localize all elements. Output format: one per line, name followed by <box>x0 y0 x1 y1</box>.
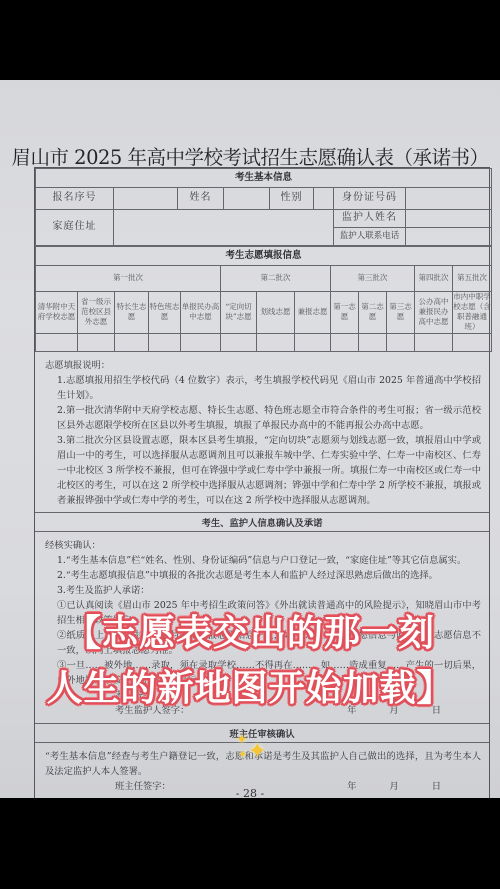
instruction-item: 3.第二批次分区县设置志愿，限本区县考生填报，“定向切块”志愿须与划线志愿一致，… <box>45 433 481 508</box>
pref-cell[interactable] <box>415 333 453 351</box>
pref-cell[interactable] <box>257 333 295 351</box>
id-number-field[interactable] <box>406 188 492 210</box>
col-third-2: 第二志愿 <box>359 292 387 334</box>
home-address-field[interactable] <box>114 210 334 246</box>
col-cutoff: 划线志愿 <box>257 292 295 334</box>
col-special-class: 特色班志愿 <box>149 292 181 334</box>
batch-3-label: 第三批次 <box>331 266 415 292</box>
commitment-item: 2.“考生志愿填报信息”中填报的各批次志愿是考生本人和监护人经过深思熟虑后做出的… <box>45 568 481 583</box>
batch-1-label: 第一批次 <box>36 266 221 292</box>
pref-cell[interactable] <box>78 333 115 351</box>
col-vocational: 市内中职学校志愿（含职普融通班） <box>453 292 492 334</box>
pref-cell[interactable] <box>149 333 181 351</box>
name-label: 姓名 <box>178 188 224 210</box>
sparkle-icon: ✦ <box>238 748 247 761</box>
page-title: 眉山市 2025 年高中学校考试招生志愿确认表（承诺书） <box>0 142 500 170</box>
sparkle-icon: ✦ <box>236 732 248 748</box>
pref-cell[interactable] <box>387 333 415 351</box>
batch-5-label: 第五批次 <box>453 266 492 292</box>
name-field[interactable] <box>224 188 270 210</box>
preferences-header: 考生志愿填报信息 <box>36 247 492 266</box>
col-private-only: 单报民办高中志愿 <box>181 292 221 334</box>
commitment-item: 1.“考生基本信息”栏“姓名、性别、身份证编码”信息与户口登记一致，“家庭住址”… <box>45 553 481 568</box>
overlay-caption-line1: 【志愿表交出的那一刻 <box>0 605 500 656</box>
col-qinghua: 清华附中天府学校志愿 <box>36 292 78 334</box>
col-provincial: 省一级示范校区县外志愿 <box>78 292 115 334</box>
col-third-3: 第三志愿 <box>387 292 415 334</box>
preferences-table: 考生志愿填报信息 第一批次 第二批次 第三批次 第四批次 第五批次 清华附中天府… <box>35 246 492 352</box>
pref-cell[interactable] <box>331 333 359 351</box>
col-third-1: 第一志愿 <box>331 292 359 334</box>
basic-info-table: 考生基本信息 报名序号 姓名 性别 身份证号码 家庭住址 监护人姓名 监护人联系… <box>35 168 492 246</box>
guardian-phone-label: 监护人联系电话 <box>334 228 406 246</box>
guardian-phone-field[interactable] <box>406 228 492 246</box>
document-photo: 眉山市 2025 年高中学校考试招生志愿确认表（承诺书） 考生基本信息 报名序号… <box>0 80 500 798</box>
pref-cell[interactable] <box>453 333 492 351</box>
commitment-header: 考生、监护人信息确认及承诺 <box>35 512 489 531</box>
instruction-item: 2.第一批次清华附中天府学校志愿、特长生志愿、特色班志愿全市符合条件的考生可报；… <box>45 403 481 433</box>
sparkle-icon: ✦ <box>248 739 266 764</box>
instructions-block: 志愿填报说明： 1.志愿填报用招生学校代码（4 位数字）表示，考生填报学校代码见… <box>35 352 489 512</box>
basic-info-header: 考生基本信息 <box>36 169 492 188</box>
col-directed: “定向切块”志愿 <box>221 292 257 334</box>
pref-cell[interactable] <box>36 333 78 351</box>
gender-field[interactable] <box>314 188 334 210</box>
home-address-label: 家庭住址 <box>36 210 114 246</box>
guardian-name-label: 监护人姓名 <box>334 210 406 228</box>
col-special-talent: 特长生志愿 <box>115 292 149 334</box>
page-number: - 28 - <box>0 787 500 798</box>
col-public-private: 公办高中兼报民办高中志愿 <box>415 292 453 334</box>
pref-cell[interactable] <box>359 333 387 351</box>
id-number-label: 身份证号码 <box>334 188 406 210</box>
batch-4-label: 第四批次 <box>415 266 453 292</box>
commitment-item: 3.考生及监护人承诺： <box>45 583 481 598</box>
pref-cell[interactable] <box>221 333 257 351</box>
instructions-heading: 志愿填报说明： <box>45 358 481 373</box>
registration-no-field[interactable] <box>114 188 178 210</box>
pref-cell[interactable] <box>115 333 149 351</box>
instruction-item: 1.志愿填报用招生学校代码（4 位数字）表示，考生填报学校代码见《眉山市 202… <box>45 373 481 403</box>
registration-no-label: 报名序号 <box>36 188 114 210</box>
batch-2-label: 第二批次 <box>221 266 331 292</box>
pref-cell[interactable] <box>295 333 331 351</box>
pref-cell[interactable] <box>181 333 221 351</box>
guardian-name-field[interactable] <box>406 210 492 228</box>
commitment-heading: 经核实确认： <box>45 538 481 553</box>
overlay-caption-line2: 人生的新地图开始加载】 <box>0 660 500 711</box>
col-concurrent: 兼报志愿 <box>295 292 331 334</box>
gender-label: 性别 <box>270 188 314 210</box>
